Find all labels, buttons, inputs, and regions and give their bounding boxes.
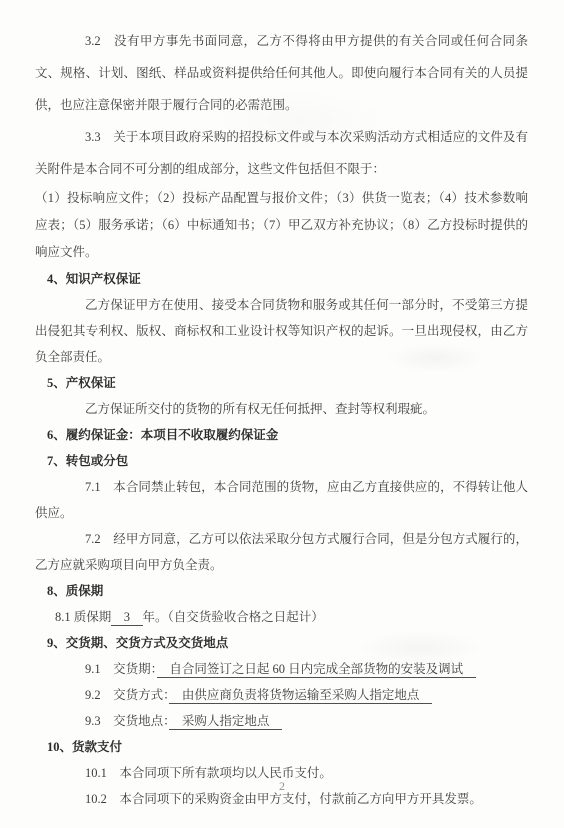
section-heading: 7、转包或分包 xyxy=(35,448,528,474)
contract-paragraph: （1）投标响应文件；（2）投标产品配置与报价文件；（3）供货一览表；（4）技术参… xyxy=(35,185,528,266)
document-page: 3.2 没有甲方事先书面同意，乙方不得将由甲方提供的有关合同或任何合同条文、规格… xyxy=(0,0,564,828)
section-heading: 9、交货期、交货方式及交货地点 xyxy=(35,630,528,656)
contract-paragraph: 7.2 经甲方同意，乙方可以依法采取分包方式履行合同，但是分包方式履行的，乙方应… xyxy=(35,526,528,578)
section-heading: 4、知识产权保证 xyxy=(35,266,528,292)
contract-paragraph: 9.3 交货地点： 采购人指定地点 xyxy=(35,708,528,734)
text-run: 7.1 本合同禁止转包，本合同范围的货物，应由乙方直接供应的，不得转让他人供应。 xyxy=(35,480,528,520)
contract-paragraph: 7.1 本合同禁止转包，本合同范围的货物，应由乙方直接供应的，不得转让他人供应。 xyxy=(35,474,528,526)
filled-in-value: 由供应商负责将货物运输至采购人指定地点 xyxy=(169,688,432,704)
text-run: 10、货款支付 xyxy=(47,740,122,754)
contract-paragraph: 乙方保证所交付的货物的所有权无任何抵押、查封等权利瑕疵。 xyxy=(35,396,528,422)
filled-in-value: 3 xyxy=(111,610,142,626)
contract-paragraph: 9.1 交货期： 自合同签订之日起 60 日内完成全部货物的安装及调试 xyxy=(35,656,528,682)
text-run: 9.3 交货地点： xyxy=(85,714,169,728)
text-run: 9.1 交货期： xyxy=(85,662,157,676)
section-heading: 10、货款支付 xyxy=(35,734,528,760)
contract-body: 3.2 没有甲方事先书面同意，乙方不得将由甲方提供的有关合同或任何合同条文、规格… xyxy=(35,25,528,812)
text-run: 5、产权保证 xyxy=(47,376,116,390)
text-run: 6、履约保证金：本项目不收取履约保证金 xyxy=(47,428,278,442)
contract-paragraph: 9.2 交货方式： 由供应商负责将货物运输至采购人指定地点 xyxy=(35,682,528,708)
text-run: 乙方保证所交付的货物的所有权无任何抵押、查封等权利瑕疵。 xyxy=(85,402,435,416)
text-run: 4、知识产权保证 xyxy=(47,272,141,286)
text-run: 7.2 经甲方同意，乙方可以依法采取分包方式履行合同，但是分包方式履行的，乙方应… xyxy=(35,532,528,572)
text-run: 8.1 质保期 xyxy=(55,610,111,624)
contract-paragraph: 3.2 没有甲方事先书面同意，乙方不得将由甲方提供的有关合同或任何合同条文、规格… xyxy=(35,25,528,121)
contract-paragraph: 8.1 质保期 3 年。（自交货验收合格之日起计） xyxy=(35,604,528,630)
page-number: 2 xyxy=(0,776,564,796)
text-run: 3.3 关于本项目政府采购的招投标文件或与本次采购活动方式相适应的文件及有关附件… xyxy=(35,130,528,176)
text-run: 3.2 没有甲方事先书面同意，乙方不得将由甲方提供的有关合同或任何合同条文、规格… xyxy=(35,34,528,112)
text-run: （1）投标响应文件；（2）投标产品配置与报价文件；（3）供货一览表；（4）技术参… xyxy=(35,191,528,259)
text-run: 7、转包或分包 xyxy=(47,454,128,468)
text-run: 9.2 交货方式： xyxy=(85,688,169,702)
contract-paragraph: 3.3 关于本项目政府采购的招投标文件或与本次采购活动方式相适应的文件及有关附件… xyxy=(35,121,528,185)
section-heading: 8、质保期 xyxy=(35,578,528,604)
contract-paragraph: 乙方保证甲方在使用、接受本合同货物和服务或其任何一部分时，不受第三方提出侵犯其专… xyxy=(35,292,528,370)
filled-in-value: 采购人指定地点 xyxy=(169,714,282,730)
text-run: 8、质保期 xyxy=(47,584,103,598)
section-heading: 6、履约保证金：本项目不收取履约保证金 xyxy=(35,422,528,448)
text-run: 9、交货期、交货方式及交货地点 xyxy=(47,636,228,650)
text-run: 乙方保证甲方在使用、接受本合同货物和服务或其任何一部分时，不受第三方提出侵犯其专… xyxy=(35,298,528,364)
text-run: 年。（自交货验收合格之日起计） xyxy=(143,610,324,624)
section-heading: 5、产权保证 xyxy=(35,370,528,396)
filled-in-value: 自合同签订之日起 60 日内完成全部货物的安装及调试 xyxy=(157,662,476,678)
